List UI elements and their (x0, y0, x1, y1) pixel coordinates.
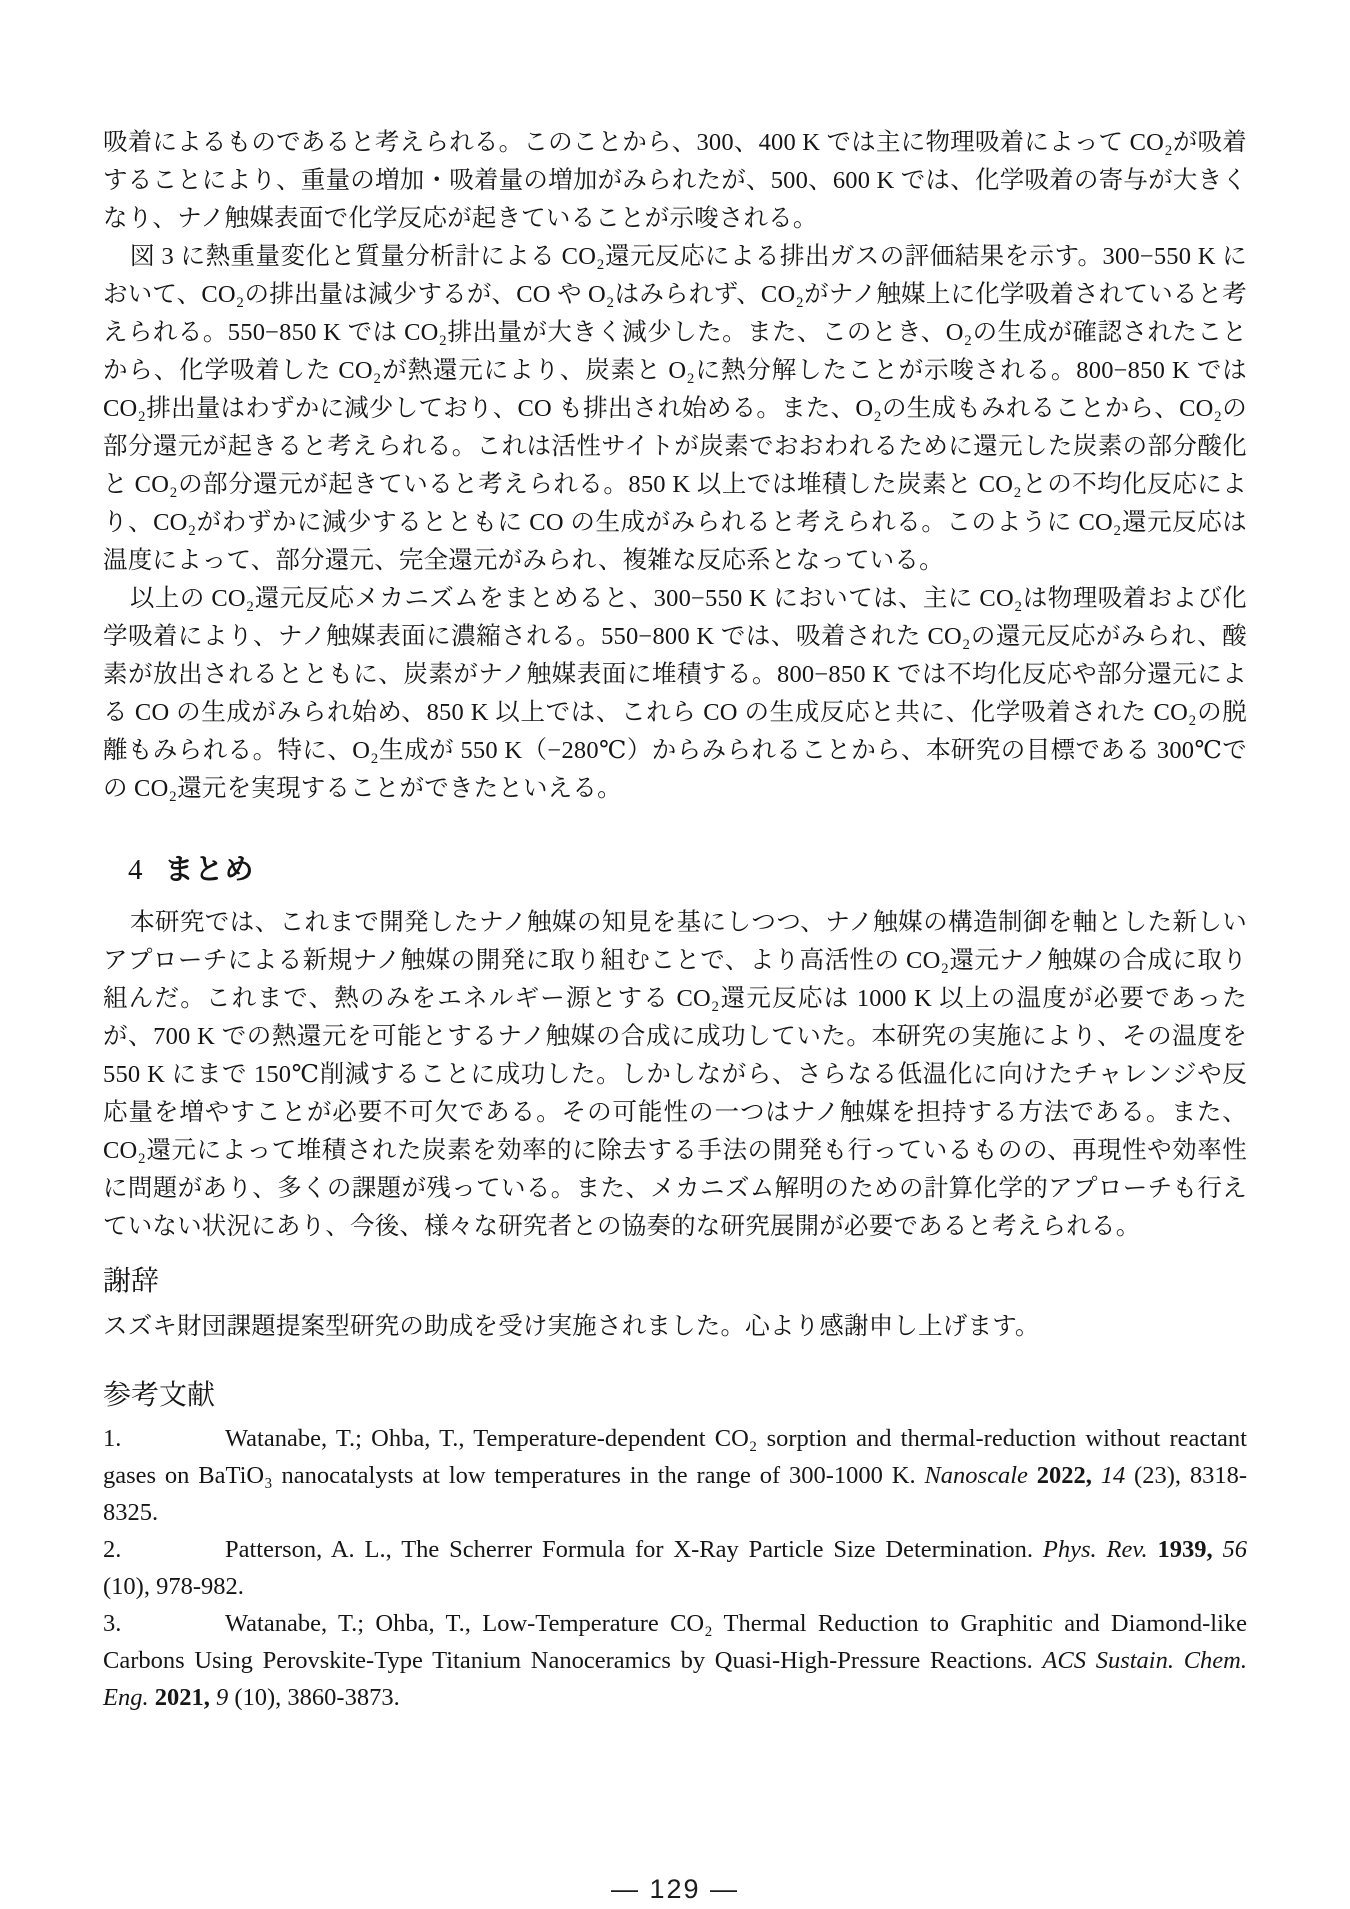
paragraph-mechanism-summary: 以上の CO₂還元反応メカニズムをまとめると、300−550 K においては、主… (103, 580, 1247, 808)
reference-1-journal: Nanoscale (924, 1462, 1036, 1489)
reference-entry-2: 2.Patterson, A. L., The Scherrer Formula… (103, 1531, 1247, 1605)
reference-3-year: 2021, (155, 1684, 216, 1711)
paragraph-adsorption-continuation: 吸着によるものであると考えられる。このことから、300、400 K では主に物理… (103, 124, 1247, 238)
reference-1-number: 1. (103, 1420, 225, 1457)
reference-1-year: 2022, (1037, 1462, 1101, 1489)
reference-2-pages: (10), 978-982. (103, 1573, 244, 1600)
acknowledgement-text: スズキ財団課題提案型研究の助成を受け実施されました。心より感謝申し上げます。 (103, 1308, 1247, 1346)
reference-3-number: 3. (103, 1605, 225, 1642)
reference-2-year: 1939, (1157, 1536, 1222, 1563)
reference-list: 1.Watanabe, T.; Ohba, T., Temperature-de… (103, 1420, 1247, 1716)
page-content: 吸着によるものであると考えられる。このことから、300、400 K では主に物理… (0, 0, 1350, 1905)
page-number: — 129 — (103, 1874, 1247, 1905)
paragraph-figure3-gas-analysis: 図 3 に熱重量変化と質量分析計による CO₂還元反応による排出ガスの評価結果を… (103, 238, 1247, 580)
paragraph-conclusion: 本研究では、これまで開発したナノ触媒の知見を基にしつつ、ナノ触媒の構造制御を軸と… (103, 904, 1247, 1246)
reference-1-volume: 14 (1101, 1462, 1126, 1489)
reference-3-pages: (10), 3860-3873. (228, 1684, 399, 1711)
section-number: 4 (128, 854, 143, 886)
reference-entry-1: 1.Watanabe, T.; Ohba, T., Temperature-de… (103, 1420, 1247, 1531)
section-heading-matome: 4まとめ (103, 850, 1247, 890)
reference-2-journal: Phys. Rev. (1043, 1536, 1158, 1563)
section-title: まとめ (165, 854, 255, 886)
reference-2-volume: 56 (1222, 1536, 1247, 1563)
reference-3-volume: 9 (216, 1684, 228, 1711)
references-heading: 参考文献 (103, 1376, 1247, 1416)
reference-2-number: 2. (103, 1531, 225, 1568)
reference-2-text: Patterson, A. L., The Scherrer Formula f… (225, 1536, 1043, 1563)
acknowledgement-heading: 謝辞 (103, 1262, 1247, 1302)
reference-entry-3: 3.Watanabe, T.; Ohba, T., Low-Temperatur… (103, 1605, 1247, 1716)
paper-page: 吸着によるものであると考えられる。このことから、300、400 K では主に物理… (0, 0, 1350, 1909)
